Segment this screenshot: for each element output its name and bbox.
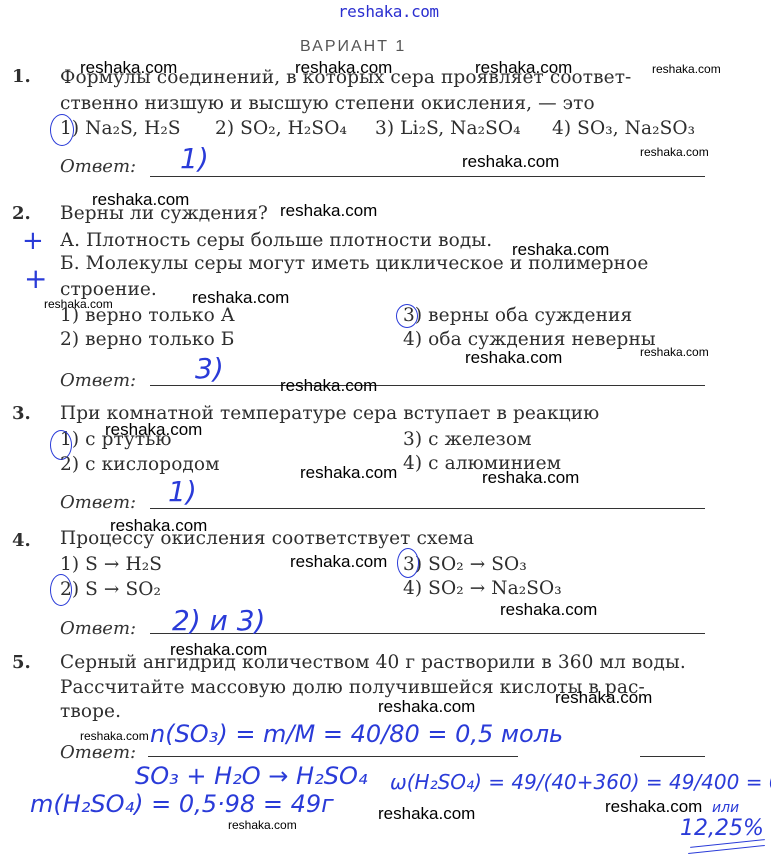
watermark: reshaka.com [500, 600, 597, 620]
watermark: reshaka.com [555, 688, 652, 708]
q2-option-3[interactable]: 3) верны оба суждения [403, 305, 632, 326]
watermark: reshaka.com [228, 818, 297, 832]
answer-label: Ответ: [60, 742, 136, 763]
q2-statement-a: А. Плотность серы больше плотности воды. [60, 230, 492, 251]
watermark: reshaka.com [105, 420, 202, 440]
answer-label: Ответ: [60, 370, 136, 391]
q1-option-1[interactable]: 1) Na₂S, H₂S [60, 118, 181, 139]
q5-solution-result[interactable]: 12,25% [680, 816, 764, 841]
q4-text: Процессу окисления соответствует схема [60, 528, 474, 549]
selected-circle [396, 304, 418, 328]
q4-option-4[interactable]: 4) SO₂ → Na₂SO₃ [403, 578, 562, 599]
q4-option-2[interactable]: 2) S → SO₂ [60, 579, 161, 600]
variant-title: ВАРИАНТ 1 [300, 38, 406, 56]
q4-option-3[interactable]: 3) SO₂ → SO₃ [403, 554, 527, 575]
q3-option-2[interactable]: 2) с кислородом [60, 454, 220, 475]
q1-number: 1. [12, 66, 31, 87]
answer-label: Ответ: [60, 492, 136, 513]
watermark: reshaka.com [280, 201, 377, 221]
watermark: reshaka.com [80, 58, 177, 78]
q5-solution-line1: n(SO₃) = m/M = 40/80 = 0,5 моль [150, 720, 563, 748]
q1-option-3[interactable]: 3) Li₂S, Na₂SO₄ [375, 118, 521, 139]
answer-line [640, 756, 705, 757]
q5-number: 5. [12, 652, 31, 673]
watermark-top: reshaka.com [338, 2, 438, 21]
watermark: reshaka.com [482, 468, 579, 488]
watermark: reshaka.com [280, 376, 377, 396]
q5-text-line3: творе. [60, 701, 121, 722]
q4-option-1[interactable]: 1) S → H₂S [60, 554, 162, 575]
q2-option-4[interactable]: 4) оба суждения неверны [403, 329, 656, 350]
q5-solution-or: или [712, 800, 739, 816]
q4-answer[interactable]: 2) и 3) [172, 604, 265, 637]
q1-text-line2: ственно низшую и высшую степени окислени… [60, 93, 595, 114]
watermark: reshaka.com [465, 348, 562, 368]
selected-circle [50, 114, 74, 146]
answer-label: Ответ: [60, 618, 136, 639]
answer-line [150, 385, 705, 386]
q2-option-2[interactable]: 2) верно только Б [60, 329, 235, 350]
q3-answer[interactable]: 1) [168, 475, 197, 508]
q5-solution-line2: SO₃ + H₂O → H₂SO₄ [135, 762, 367, 790]
watermark: reshaka.com [652, 62, 721, 76]
selected-circle [50, 574, 72, 606]
q3-number: 3. [12, 403, 31, 424]
answer-label: Ответ: [60, 156, 136, 177]
watermark: reshaka.com [290, 552, 387, 572]
watermark: reshaka.com [295, 58, 392, 78]
q5-solution-line3: m(H₂SO₄) = 0,5·98 = 49г [30, 790, 334, 818]
q2-statement-b-line1: Б. Молекулы серы могут иметь циклическое… [60, 253, 648, 274]
q2-text: Верны ли суждения? [60, 203, 268, 224]
q1-option-2[interactable]: 2) SO₂, H₂SO₄ [215, 118, 347, 139]
watermark: reshaka.com [475, 58, 572, 78]
watermark: reshaka.com [378, 697, 475, 717]
answer-line [150, 508, 705, 509]
answer-line [148, 756, 518, 757]
selected-circle [397, 548, 419, 578]
answer-line [150, 176, 705, 177]
q2-mark-a: + [22, 226, 44, 256]
watermark: reshaka.com [300, 463, 397, 483]
q1-option-4[interactable]: 4) SO₃, Na₂SO₃ [552, 118, 695, 139]
q2-answer[interactable]: 3) [195, 352, 224, 385]
q5-text-line1: Серный ангидрид количеством 40 г раствор… [60, 652, 686, 673]
q3-option-3[interactable]: 3) с железом [403, 429, 532, 450]
watermark: reshaka.com [640, 345, 709, 359]
watermark: reshaka.com [640, 145, 709, 159]
q2-mark-b: + [24, 262, 47, 295]
q1-answer[interactable]: 1) [180, 142, 209, 175]
watermark: reshaka.com [378, 804, 475, 824]
watermark: reshaka.com [462, 152, 559, 172]
q2-number: 2. [12, 203, 31, 224]
watermark: reshaka.com [605, 797, 702, 817]
q4-number: 4. [12, 530, 31, 551]
q5-solution-line4: ω(H₂SO₄) = 49/(40+360) = 49/400 = 0,1225 [390, 770, 771, 794]
q2-option-1[interactable]: 1) верно только А [60, 305, 235, 326]
watermark: reshaka.com [80, 729, 149, 743]
